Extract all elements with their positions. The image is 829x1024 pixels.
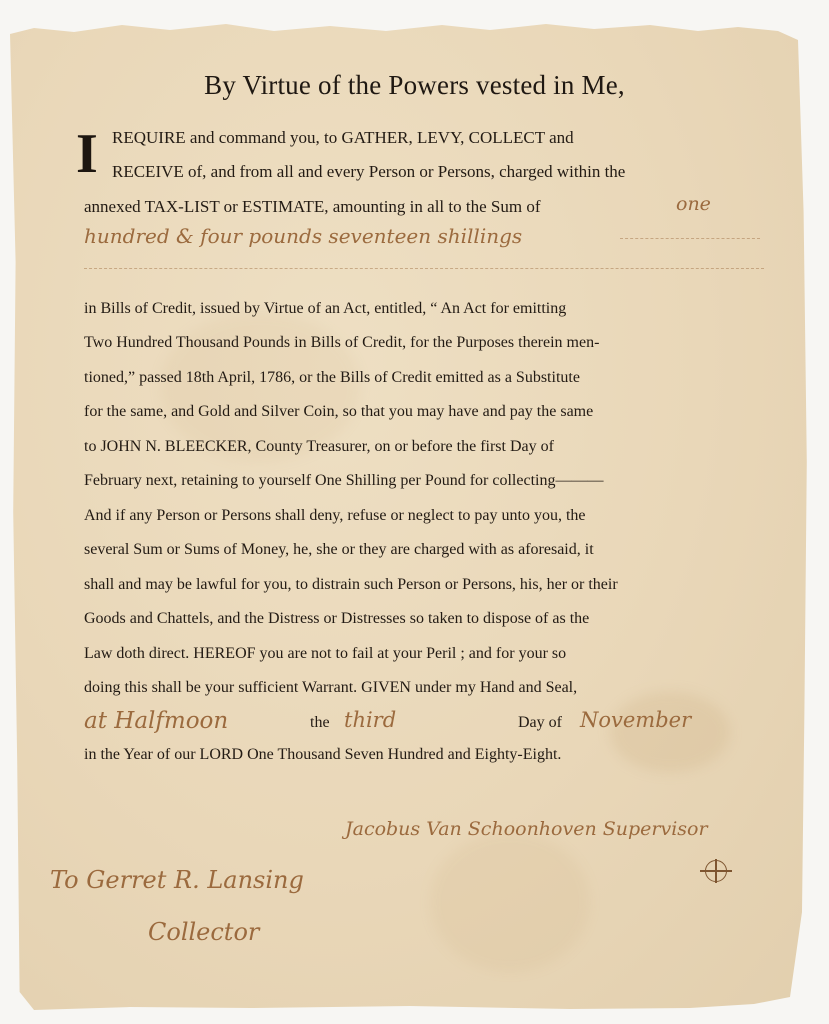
printed-line-15: doing this shall be your sufficient Warr… — [84, 679, 577, 697]
printed-line-9: February next, retaining to yourself One… — [84, 472, 603, 490]
supervisor-signature: Jacobus Van Schoonhoven Supervisor — [345, 818, 708, 840]
printed-line-13: Goods and Chattels, and the Distress or … — [84, 610, 589, 628]
printed-line-14: Law doth direct. HEREOF you are not to f… — [84, 645, 566, 663]
printed-line-1: REQUIRE and command you, to GATHER, LEVY… — [112, 128, 574, 148]
printed-line-7: for the same, and Gold and Silver Coin, … — [84, 403, 593, 421]
handwritten-place: at Halfmoon — [84, 708, 228, 734]
handwritten-sum: hundred & four pounds seventeen shilling… — [84, 224, 522, 248]
seal-mark-icon — [705, 860, 727, 882]
given-day-of-label: Day of — [518, 714, 562, 732]
printed-line-12: shall and may be lawful for you, to dist… — [84, 576, 618, 594]
sum-rule-1 — [620, 238, 760, 239]
handwritten-sum-start: one — [676, 193, 711, 215]
printed-line-3: annexed TAX-LIST or ESTIMATE, amounting … — [84, 197, 540, 217]
handwritten-month: November — [580, 708, 691, 732]
printed-line-2: RECEIVE of, and from all and every Perso… — [112, 162, 625, 182]
addressee-role: Collector — [148, 918, 259, 946]
printed-line-4: in Bills of Credit, issued by Virtue of … — [84, 300, 566, 318]
printed-line-11: several Sum or Sums of Money, he, she or… — [84, 541, 594, 559]
printed-line-6: tioned,” passed 18th April, 1786, or the… — [84, 369, 580, 387]
year-line: in the Year of our LORD One Thousand Sev… — [84, 746, 561, 764]
document-title: By Virtue of the Powers vested in Me, — [0, 70, 829, 101]
addressee-name: To Gerret R. Lansing — [50, 866, 304, 894]
printed-line-8: to JOHN N. BLEECKER, County Treasurer, o… — [84, 438, 554, 456]
sum-rule-2 — [84, 268, 764, 269]
given-the-label: the — [310, 714, 330, 732]
drop-cap: I — [76, 126, 98, 182]
printed-line-5: Two Hundred Thousand Pounds in Bills of … — [84, 334, 599, 352]
handwritten-day: third — [344, 708, 396, 732]
printed-line-10: And if any Person or Persons shall deny,… — [84, 507, 586, 525]
